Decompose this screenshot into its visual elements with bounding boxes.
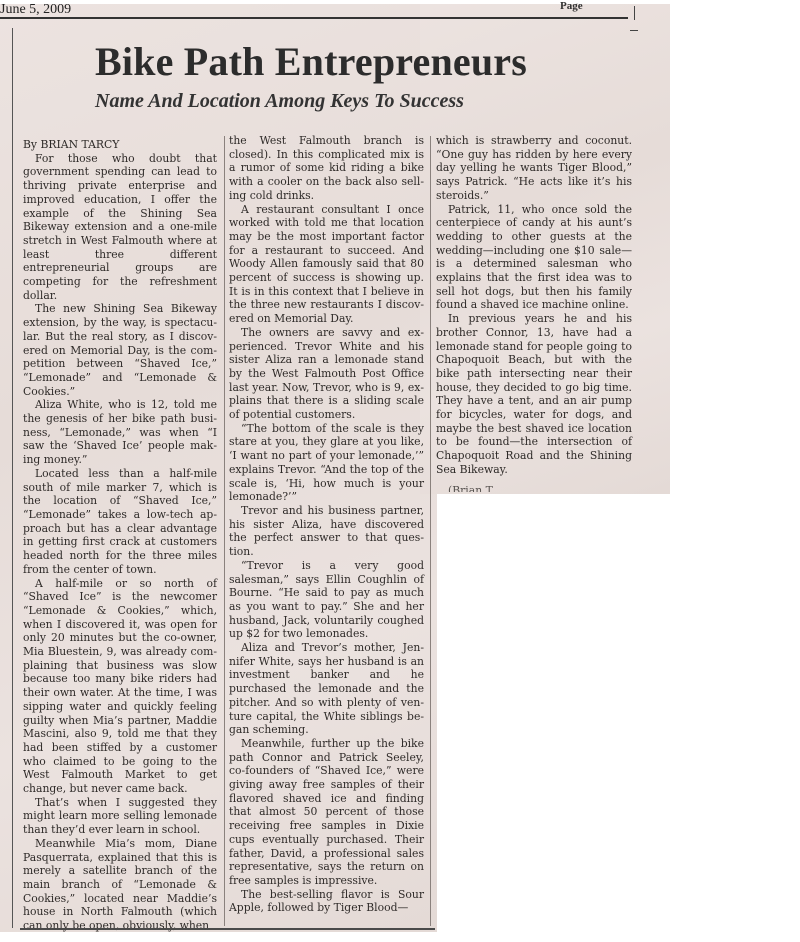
masthead-rule: [0, 17, 628, 19]
paragraph: The best-selling flavor is Sour Apple, f…: [229, 888, 424, 915]
crop-mark: [630, 30, 638, 31]
paragraph: Meanwhile Mia’s mom, Diane Pasquerrata, …: [23, 837, 217, 933]
byline: By BRIAN TARCY: [23, 138, 217, 152]
column-divider: [430, 136, 431, 926]
paragraph: the West Falmouth branch is closed). In …: [229, 134, 424, 203]
paragraph: Meanwhile, further up the bike path Conn…: [229, 737, 424, 888]
paragraph: Located less than a half-mile south of m…: [23, 467, 217, 577]
left-border-rule: [12, 28, 13, 928]
masthead-page-label: Page: [560, 0, 583, 12]
paragraph: which is strawberry and coconut. “One gu…: [436, 134, 632, 203]
paragraph: That’s when I suggested they might learn…: [23, 796, 217, 837]
paragraph: Patrick, 11, who once sold the centerpie…: [436, 203, 632, 313]
paragraph: A half-mile or so north of “Shaved Ice” …: [23, 577, 217, 796]
paragraph: The new Shining Sea Bikeway extension, b…: [23, 302, 217, 398]
paragraph: A restaurant consultant I once worked wi…: [229, 203, 424, 326]
headline: Bike Path Entrepreneurs: [95, 38, 527, 85]
paragraph: “Trevor is a very good salesman,” says E…: [229, 559, 424, 641]
cutoff-author-note: (Brian T: [448, 484, 493, 492]
subheadline: Name And Location Among Keys To Success: [95, 90, 464, 113]
article-column-2: the West Falmouth branch is closed). In …: [229, 134, 424, 915]
column-divider: [224, 136, 225, 926]
paragraph: “The bottom of the scale is they stare a…: [229, 422, 424, 504]
paragraph: Trevor and his business partner, his sis…: [229, 504, 424, 559]
paragraph: For those who doubt that govern­ment spe…: [23, 152, 217, 303]
bottom-rule: [20, 928, 435, 930]
paragraph: Aliza and Trevor’s mother, Jen­nifer Whi…: [229, 641, 424, 737]
paragraph: The owners are savvy and ex­perienced. T…: [229, 326, 424, 422]
paragraph: Aliza White, who is 12, told me the gene…: [23, 398, 217, 467]
crop-mark: [634, 6, 635, 20]
masthead-date: June 5, 2009: [0, 2, 71, 18]
paragraph: In previous years he and his brother Con…: [436, 312, 632, 476]
article-column-1: By BRIAN TARCY For those who doubt that …: [23, 138, 217, 933]
article-column-3: which is strawberry and coconut. “One gu…: [436, 134, 632, 477]
